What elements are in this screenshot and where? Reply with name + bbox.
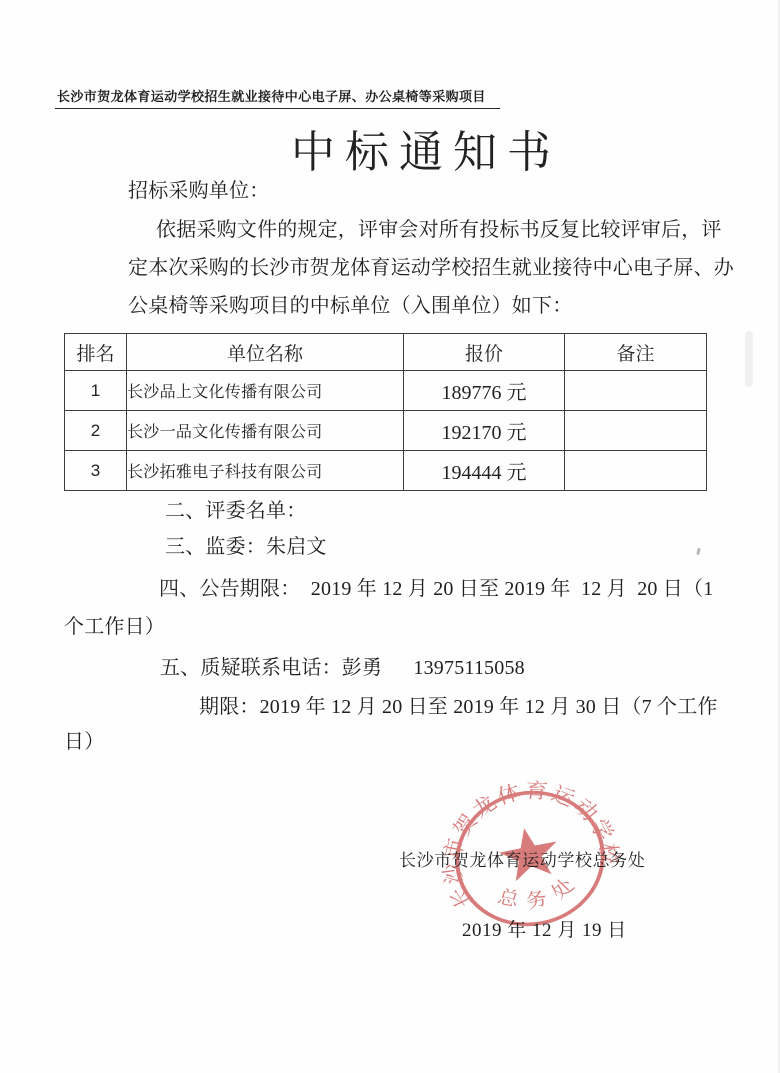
document-title: 中标通知书 (291, 116, 561, 180)
cell-company: 长沙一品文化传播有限公司 (127, 411, 404, 451)
header-note: 备注 (565, 334, 707, 371)
header-rank: 排名 (65, 334, 127, 371)
table-row: 1 长沙品上文化传播有限公司 189776 元 (65, 371, 707, 411)
item-query-deadline-line-1: 期限：2019 年 12 月 20 日至 2019 年 12 月 30 日（7 … (199, 695, 718, 720)
scan-artifact-smudge (745, 331, 753, 387)
salutation-line: 招标采购单位： (128, 179, 269, 204)
table-header-row: 排名 单位名称 报价 备注 (65, 334, 707, 371)
cell-price: 189776 元 (404, 371, 565, 411)
intro-line-2: 定本次采购的长沙市贺龙体育运动学校招生就业接待中心电子屏、办 (128, 256, 734, 281)
item-judges: 二、评委名单： (165, 499, 306, 524)
signature-organization: 长沙市贺龙体育运动学校总务处 (399, 846, 645, 871)
cell-price: 194444 元 (404, 451, 565, 491)
header-company: 单位名称 (127, 334, 404, 371)
item-query-deadline-line-2: 日） (64, 730, 104, 755)
svg-text:总务处: 总务处 (490, 865, 590, 919)
intro-line-3: 公桌椅等采购项目的中标单位（入围单位）如下： (128, 294, 572, 319)
award-table: 排名 单位名称 报价 备注 1 长沙品上文化传播有限公司 189776 元 2 … (64, 333, 707, 491)
table-row: 2 长沙一品文化传播有限公司 192170 元 (65, 411, 707, 451)
table-row: 3 长沙拓雅电子科技有限公司 194444 元 (65, 451, 707, 491)
signature-date: 2019 年 12 月 19 日 (462, 915, 627, 942)
cell-note (565, 451, 707, 491)
seal-bottom-text: 总务处 (490, 865, 590, 919)
cell-price: 192170 元 (404, 411, 565, 451)
header-price: 报价 (404, 334, 565, 371)
intro-line-1: 依据采购文件的规定，评审会对所有投标书反复比较评审后，评 (156, 218, 722, 243)
item-notice-period-line-2: 个工作日） (64, 615, 165, 640)
cell-note (565, 371, 707, 411)
item-supervisor: 三、监委：朱启文 (165, 535, 327, 560)
cell-rank: 3 (65, 451, 127, 491)
project-header: 长沙市贺龙体育运动学校招生就业接待中心电子屏、办公桌椅等采购项目 (55, 86, 500, 109)
cell-rank: 1 (65, 371, 127, 411)
scan-artifact-dot (696, 548, 701, 556)
cell-company: 长沙拓雅电子科技有限公司 (127, 451, 404, 491)
item-notice-period-line-1: 四、公告期限： 2019 年 12 月 20 日至 2019 年 12 月 20… (159, 577, 713, 602)
item-contact-phone: 五、质疑联系电话：彭勇 13975115058 (160, 656, 525, 681)
cell-note (565, 411, 707, 451)
scanned-document-page: 长沙市贺龙体育运动学校招生就业接待中心电子屏、办公桌椅等采购项目 中标通知书 招… (0, 0, 780, 1073)
cell-company: 长沙品上文化传播有限公司 (127, 371, 404, 411)
cell-rank: 2 (65, 411, 127, 451)
